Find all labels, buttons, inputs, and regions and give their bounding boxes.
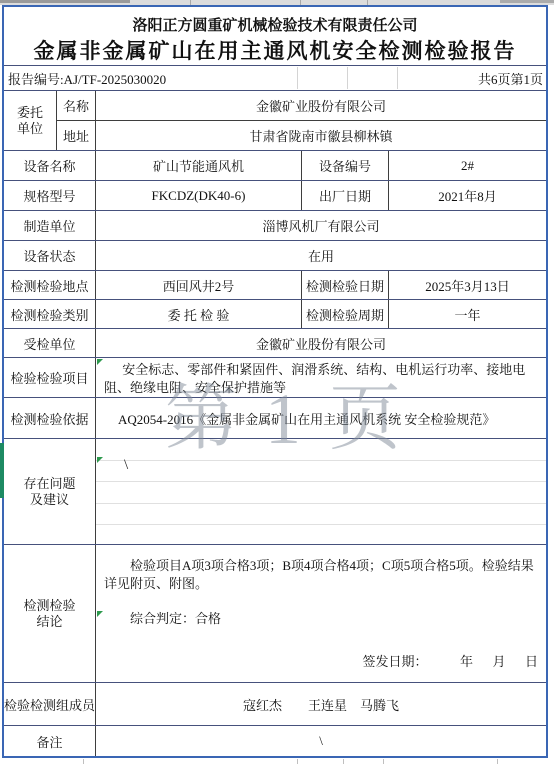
client-name-label-cell[interactable]: 名称 — [56, 91, 95, 120]
conclusion-label-line1: 检测检验 — [23, 598, 75, 614]
cycle-label-cell[interactable]: 检测检验周期 — [301, 300, 388, 328]
bottom-partial-cells — [0, 758, 554, 764]
inspection-location-row: 检测检验地点 西回风井2号 检测检验日期 2025年3月13日 — [4, 270, 546, 299]
location-value-cell[interactable]: 西回风井2号 — [95, 271, 301, 299]
status-label-cell[interactable]: 设备状态 — [4, 241, 95, 270]
report-number-row: 报告编号:AJ/TF-2025030020 共6页第1页 — [4, 65, 546, 90]
manufacturer-label-cell[interactable]: 制造单位 — [4, 211, 95, 240]
factory-date-value-cell[interactable]: 2021年8月 — [388, 181, 546, 210]
device-no-value-cell[interactable]: 2# — [388, 151, 546, 180]
bottom-cell-border — [83, 759, 84, 764]
spec-label-cell[interactable]: 规格型号 — [4, 181, 95, 210]
remark-value-cell[interactable]: \ — [95, 726, 546, 756]
items-text: 安全标志、零部件和紧固件、润滑系统、结构、电机运行功率、接地电阻、绝缘电阻、安全… — [96, 358, 546, 397]
conclusion-summary: 检验项目A项3项合格3项；B项4项合格4项；C项5项合格5项。检验结果详见附页、… — [104, 557, 538, 593]
problems-label-line2: 及建议 — [23, 492, 75, 508]
client-label-line1: 委托 — [17, 105, 43, 121]
client-section: 委托 单位 名称 地址 金徽矿业股份有限公司 甘肃省陇南市徽县柳林镇 — [4, 90, 546, 150]
conclusion-label-line2: 结论 — [23, 614, 75, 630]
client-label-cell[interactable]: 委托 单位 — [4, 91, 56, 150]
category-value-cell[interactable]: 委 托 检 验 — [95, 300, 301, 328]
gridline — [96, 481, 546, 482]
members-value-cell[interactable]: 寇红杰 王连星 马腾飞 — [95, 683, 546, 725]
inspection-date-value-cell[interactable]: 2025年3月13日 — [388, 271, 546, 299]
problems-value-cell[interactable]: \ — [95, 439, 546, 544]
members-row: 检验检测组成员 寇红杰 王连星 马腾飞 — [4, 682, 546, 725]
bottom-cell-border — [497, 759, 498, 764]
page-title: 金属非金属矿山在用主通风机安全检测检验报告 — [4, 35, 546, 65]
factory-date-label-cell[interactable]: 出厂日期 — [301, 181, 388, 210]
client-addr-label-cell[interactable]: 地址 — [56, 120, 95, 150]
company-name: 洛阳正方圆重矿机械检验技术有限责任公司 — [4, 7, 546, 35]
cell-flag-icon — [97, 611, 103, 617]
gridline — [347, 67, 348, 89]
top-cell-segment — [0, 0, 130, 3]
conclusion-label-cell[interactable]: 检测检验 结论 — [4, 545, 95, 682]
report-page: 洛阳正方圆重矿机械检验技术有限责任公司 金属非金属矿山在用主通风机安全检测检验报… — [0, 0, 554, 764]
gridline — [397, 67, 398, 89]
inspection-basis-row: 检测检验依据 AQ2054-2016《金属非金属矿山在用主通风机系统 安全检验规… — [4, 397, 546, 438]
problems-text: \ — [124, 457, 128, 474]
gridline — [96, 460, 546, 461]
inspection-items-row: 检验检验项目 安全标志、零部件和紧固件、润滑系统、结构、电机运行功率、接地电阻、… — [4, 357, 546, 397]
report-number[interactable]: 报告编号:AJ/TF-2025030020 — [4, 66, 166, 90]
top-cell-segment — [500, 0, 554, 3]
items-label-cell[interactable]: 检验检验项目 — [4, 358, 95, 397]
location-label-cell[interactable]: 检测检验地点 — [4, 271, 95, 299]
client-addr-value-cell[interactable]: 甘肃省陇南市徽县柳林镇 — [95, 120, 546, 150]
problems-label-cell[interactable]: 存在问题 及建议 — [4, 439, 95, 544]
sign-date: 签发日期： 年 月 日 — [362, 651, 546, 682]
remark-row: 备注 \ — [4, 725, 546, 756]
conclusion-row: 检测检验 结论 检验项目A项3项合格3项；B项4项合格4项；C项5项合格5项。检… — [4, 544, 546, 682]
inspected-unit-value-cell[interactable]: 金徽矿业股份有限公司 — [95, 329, 546, 357]
cell-flag-icon — [97, 457, 103, 463]
items-value-cell[interactable]: 安全标志、零部件和紧固件、润滑系统、结构、电机运行功率、接地电阻、绝缘电阻、安全… — [95, 358, 546, 397]
client-label-line2: 单位 — [17, 121, 43, 137]
status-value-cell[interactable]: 在用 — [95, 241, 546, 270]
report-title-row: 金属非金属矿山在用主通风机安全检测检验报告 — [4, 35, 546, 65]
inspected-unit-row: 受检单位 金徽矿业股份有限公司 — [4, 328, 546, 357]
basis-value-cell[interactable]: AQ2054-2016《金属非金属矿山在用主通风机系统 安全检验规范》 — [95, 398, 546, 438]
basis-label-cell[interactable]: 检测检验依据 — [4, 398, 95, 438]
bottom-cell-border — [297, 759, 298, 764]
remark-label-cell[interactable]: 备注 — [4, 726, 95, 756]
device-no-label-cell[interactable]: 设备编号 — [301, 151, 388, 180]
device-name-row: 设备名称 矿山节能通风机 设备编号 2# — [4, 150, 546, 180]
report-table: 洛阳正方圆重矿机械检验技术有限责任公司 金属非金属矿山在用主通风机安全检测检验报… — [2, 5, 548, 758]
inspection-category-row: 检测检验类别 委 托 检 验 检测检验周期 一年 — [4, 299, 546, 328]
conclusion-value-cell[interactable]: 检验项目A项3项合格3项；B项4项合格4项；C项5项合格5项。检验结果详见附页、… — [95, 545, 546, 682]
manufacturer-row: 制造单位 淄博风机厂有限公司 — [4, 210, 546, 240]
page-count: 共6页第1页 — [478, 66, 546, 90]
device-status-row: 设备状态 在用 — [4, 240, 546, 270]
device-name-label-cell[interactable]: 设备名称 — [4, 151, 95, 180]
problems-label-line1: 存在问题 — [23, 476, 75, 492]
selection-bar — [0, 443, 4, 498]
gridline — [96, 503, 546, 504]
cycle-value-cell[interactable]: 一年 — [388, 300, 546, 328]
inspected-unit-label-cell[interactable]: 受检单位 — [4, 329, 95, 357]
client-name-value-cell[interactable]: 金徽矿业股份有限公司 — [95, 91, 546, 120]
cell-flag-icon — [97, 359, 103, 365]
device-name-value-cell[interactable]: 矿山节能通风机 — [95, 151, 301, 180]
gridline — [96, 524, 546, 525]
bottom-cell-border — [343, 759, 344, 764]
conclusion-judgement: 综合判定：合格 — [130, 608, 546, 627]
gridline — [297, 67, 298, 89]
spec-value-cell[interactable]: FKCDZ(DK40-6) — [95, 181, 301, 210]
inspection-date-label-cell[interactable]: 检测检验日期 — [301, 271, 388, 299]
company-title-row: 洛阳正方圆重矿机械检验技术有限责任公司 — [4, 7, 546, 35]
category-label-cell[interactable]: 检测检验类别 — [4, 300, 95, 328]
problems-row: 存在问题 及建议 \ — [4, 438, 546, 544]
members-label-cell[interactable]: 检验检测组成员 — [4, 683, 95, 725]
bottom-cell-border — [383, 759, 384, 764]
manufacturer-value-cell[interactable]: 淄博风机厂有限公司 — [95, 211, 546, 240]
spec-row: 规格型号 FKCDZ(DK40-6) 出厂日期 2021年8月 — [4, 180, 546, 210]
